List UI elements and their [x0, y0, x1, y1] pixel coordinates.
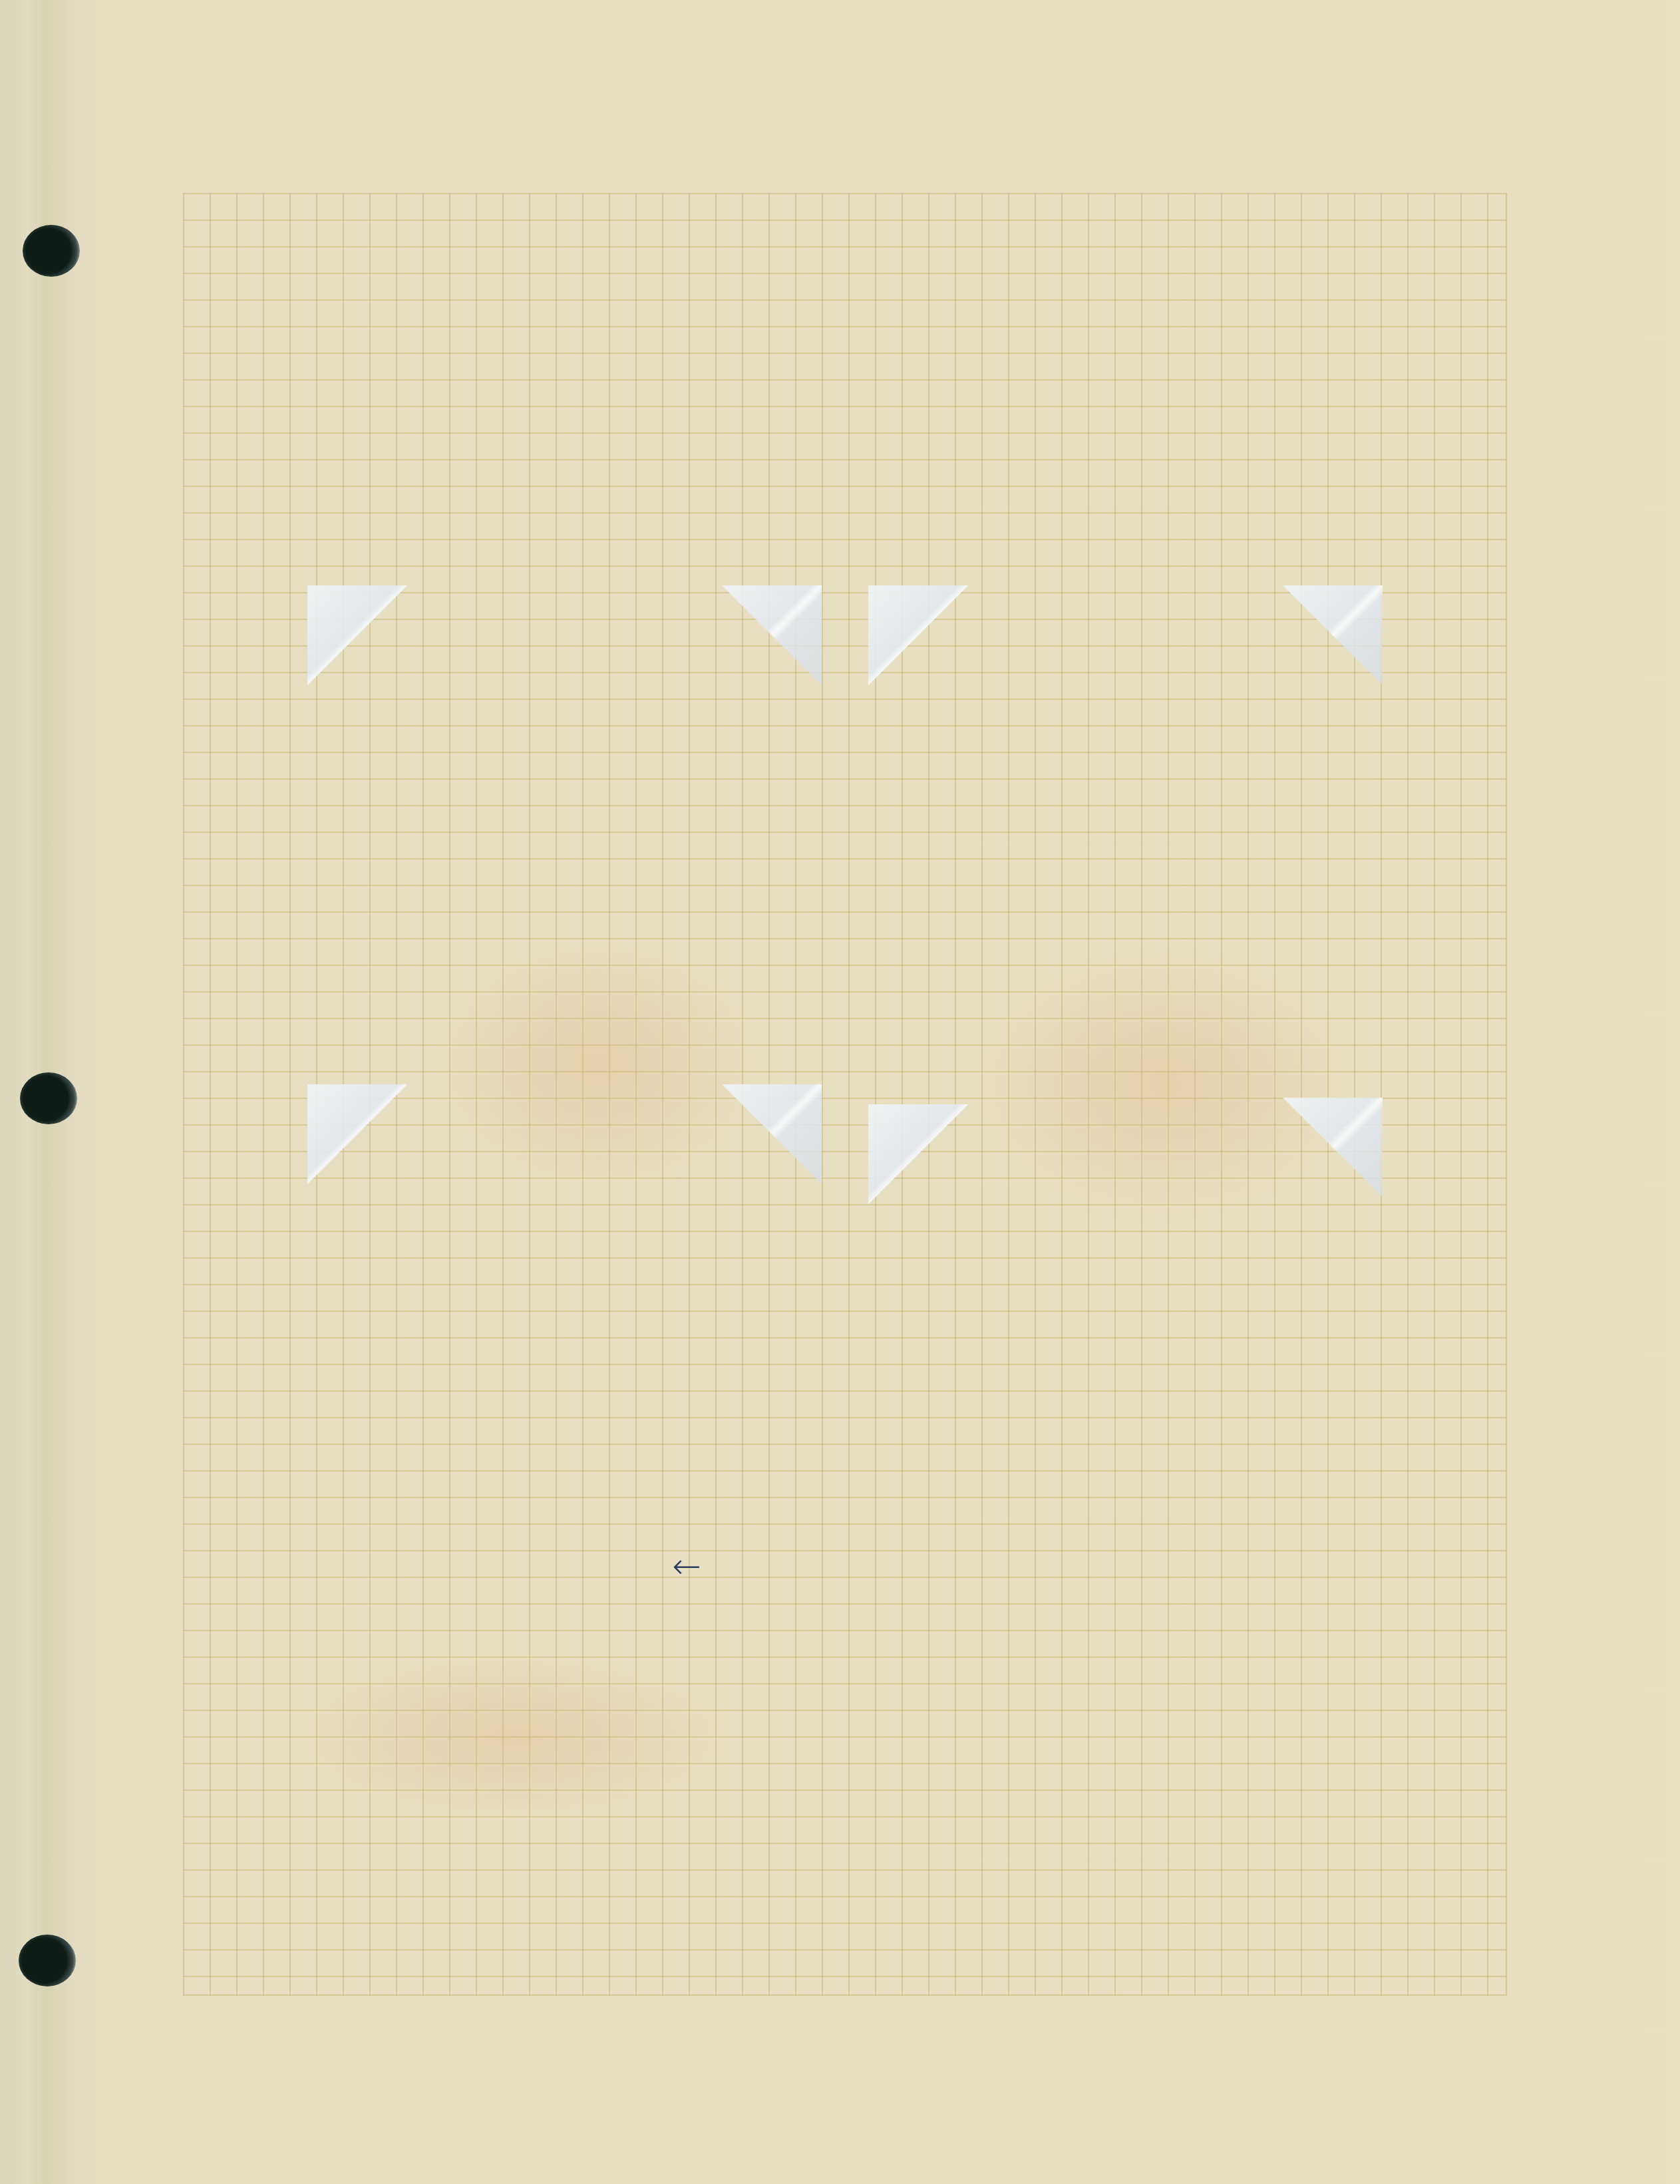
pencil-annotation: ← — [672, 1547, 704, 1587]
water-stain — [279, 1650, 745, 1823]
album-page: ← — [0, 0, 1680, 2184]
binder-hole — [20, 1072, 77, 1124]
binder-hole — [19, 1935, 76, 1986]
water-stain — [426, 931, 772, 1197]
binder-hole — [23, 225, 80, 277]
water-stain — [965, 945, 1364, 1224]
